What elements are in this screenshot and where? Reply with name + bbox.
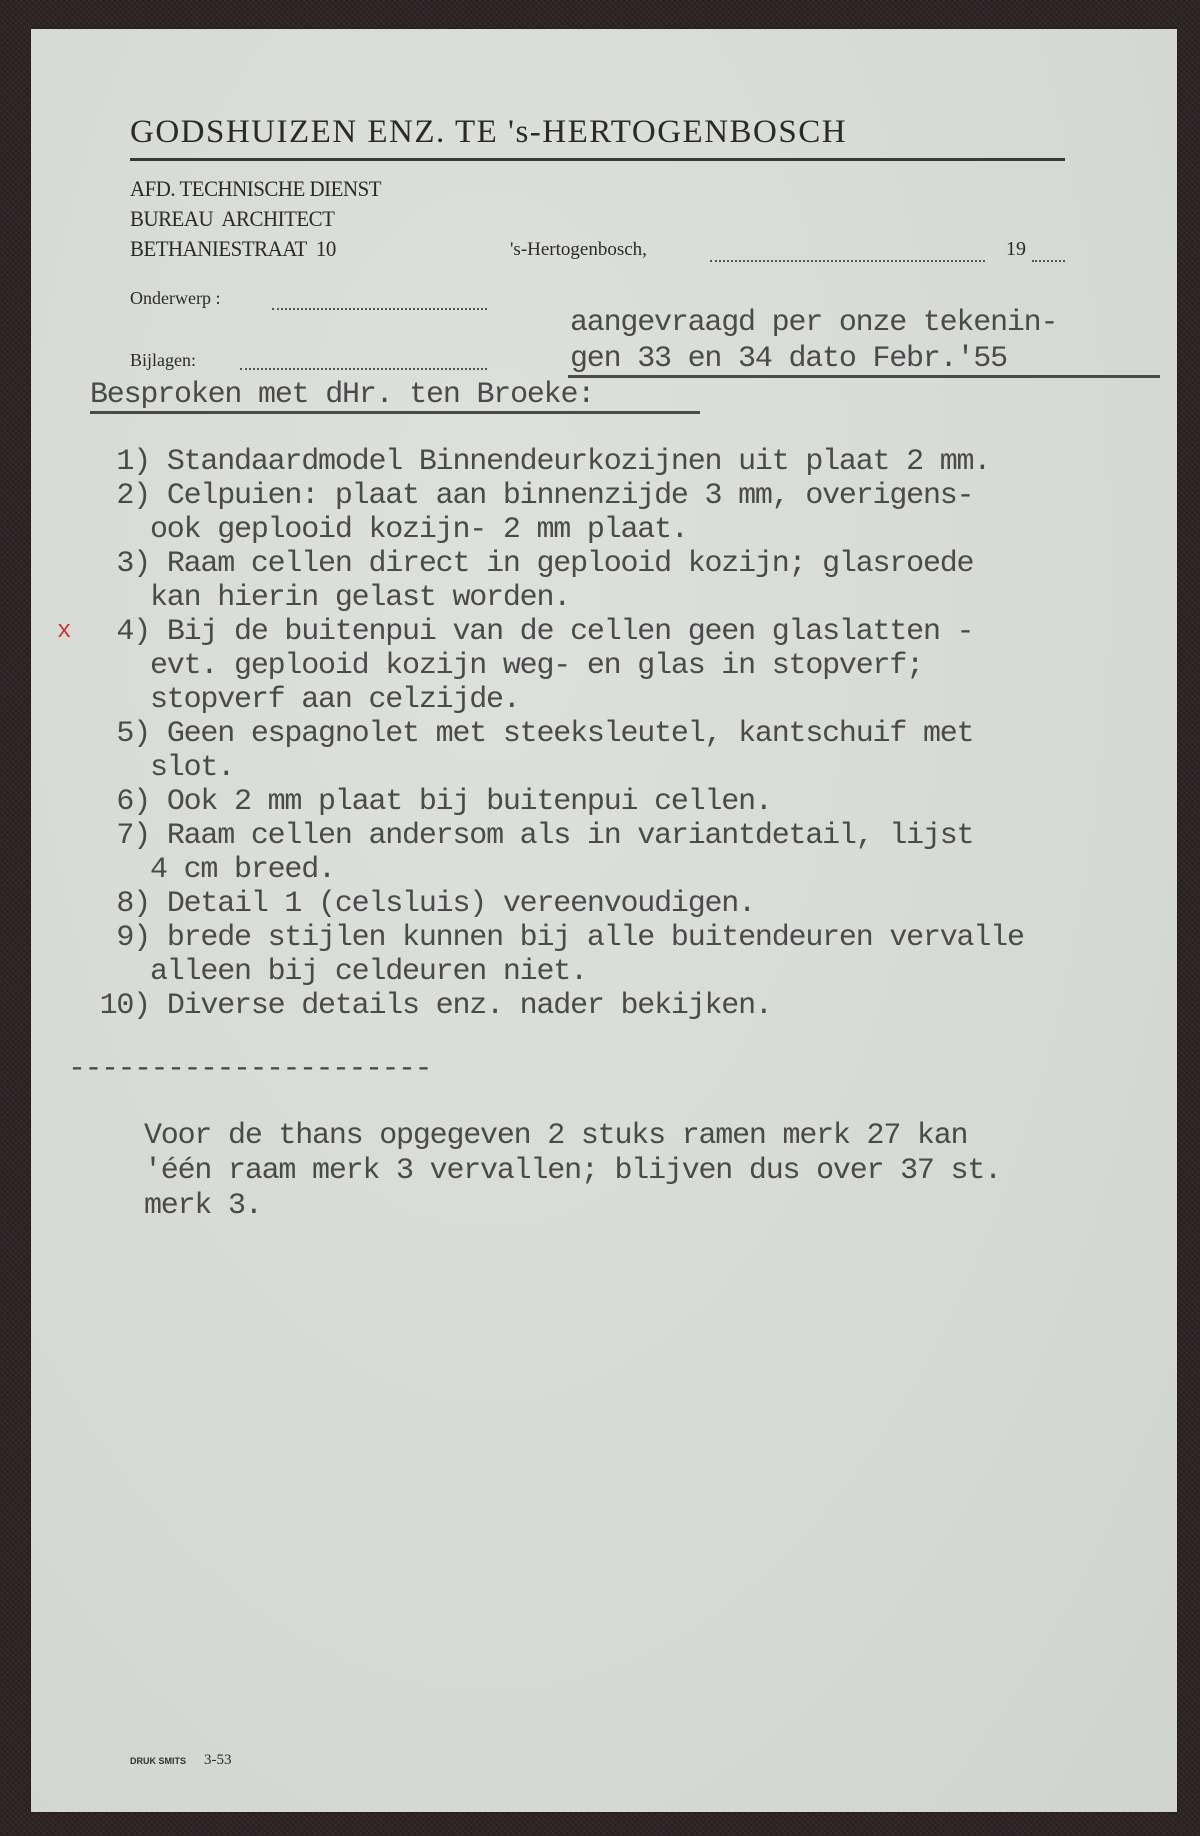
- requested-line: gen 33 en 34 dato Febr.'55: [570, 342, 1007, 376]
- list-item: 9) brede stijlen kunnen bij alle buitend…: [60, 921, 1024, 955]
- list-item-continuation: kan hierin gelast worden.: [60, 581, 1024, 615]
- list-item: 6) Ook 2 mm plaat bij buitenpui cellen.: [60, 785, 1024, 819]
- note-line: merk 3.: [144, 1189, 262, 1223]
- list-item-continuation: slot.: [60, 751, 1024, 785]
- item-number: 8): [60, 887, 150, 921]
- organization-title: GODSHUIZEN ENZ. TE 's-HERTOGENBOSCH: [130, 114, 847, 151]
- letterhead-rule: [130, 158, 1065, 161]
- item-number: 5): [60, 717, 150, 751]
- red-x-mark-icon: x: [57, 615, 70, 649]
- list-item-continuation: stopverf aan celzijde.: [60, 683, 1024, 717]
- onderwerp-field: [272, 308, 487, 310]
- bureau-line: BUREAU ARCHITECT: [130, 206, 334, 232]
- printer-imprint: DRUK SMITS: [130, 1756, 186, 1766]
- item-number: 1): [60, 445, 150, 479]
- bijlagen-field: [240, 368, 487, 370]
- heading-underline: [90, 411, 700, 414]
- bijlagen-label: Bijlagen:: [130, 350, 196, 371]
- discussion-heading: Besproken met dHr. ten Broeke:: [90, 378, 594, 412]
- list-item: 3) Raam cellen direct in geplooid kozijn…: [60, 547, 1024, 581]
- list-item: 2) Celpuien: plaat aan binnenzijde 3 mm,…: [60, 479, 1024, 513]
- item-number: 7): [60, 819, 150, 853]
- numbered-list: 1) Standaardmodel Binnendeurkozijnen uit…: [60, 445, 1024, 1023]
- list-item-continuation: evt. geplooid kozijn weg- en glas in sto…: [60, 649, 1024, 683]
- list-item: 10) Diverse details enz. nader bekijken.: [60, 989, 1024, 1023]
- list-item: x4) Bij de buitenpui van de cellen geen …: [60, 615, 1024, 649]
- city-label: 's-Hertogenbosch,: [510, 239, 647, 261]
- item-number: 6): [60, 785, 150, 819]
- list-item: 8) Detail 1 (celsluis) vereenvoudigen.: [60, 887, 1024, 921]
- requested-line: aangevraagd per onze tekenin-: [570, 306, 1057, 340]
- list-item: 5) Geen espagnolet met steeksleutel, kan…: [60, 717, 1024, 751]
- date-field: [710, 260, 985, 262]
- item-number: 9): [60, 921, 150, 955]
- year-prefix: 19: [1006, 238, 1026, 261]
- item-number: 10): [60, 989, 150, 1023]
- year-field: [1032, 260, 1065, 262]
- list-item: 7) Raam cellen andersom als in variantde…: [60, 819, 1024, 853]
- separator-line: ----------------------: [68, 1052, 431, 1086]
- print-code: 3-53: [204, 1752, 232, 1769]
- item-number: 2): [60, 479, 150, 513]
- item-number: 4): [60, 615, 150, 649]
- department-line: AFD. TECHNISCHE DIENST: [130, 176, 381, 202]
- onderwerp-label: Onderwerp :: [130, 288, 220, 309]
- list-item-continuation: alleen bij celdeuren niet.: [60, 955, 1024, 989]
- requested-underline: [568, 375, 1160, 378]
- item-number: 3): [60, 547, 150, 581]
- note-line: Voor de thans opgegeven 2 stuks ramen me…: [144, 1119, 967, 1153]
- list-item: 1) Standaardmodel Binnendeurkozijnen uit…: [60, 445, 1024, 479]
- list-item-continuation: 4 cm breed.: [60, 853, 1024, 887]
- address-line: BETHANIESTRAAT 10: [130, 236, 336, 262]
- list-item-continuation: ook geplooid kozijn- 2 mm plaat.: [60, 513, 1024, 547]
- note-line: 'één raam merk 3 vervallen; blijven dus …: [144, 1154, 1001, 1188]
